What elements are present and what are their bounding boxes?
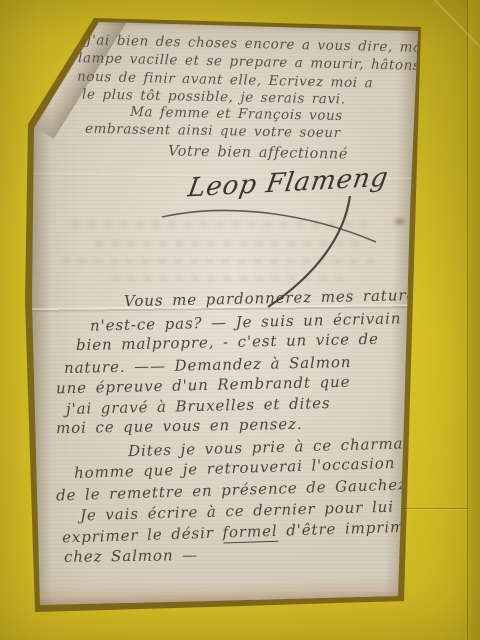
- showthrough-smudge: [96, 241, 364, 245]
- letter-line: chez Salmon —: [64, 546, 198, 566]
- signature: Leop Flameng: [186, 163, 391, 204]
- showthrough-smudge: [72, 222, 372, 226]
- ink-stain: [392, 216, 407, 227]
- letter-closing-line: Votre bien affectionné: [168, 143, 348, 162]
- photograph-of-letter: J'ai bien des choses encore a vous dire,…: [0, 0, 480, 640]
- underlined-word: formel: [222, 522, 278, 544]
- letter-line: Ma femme et François vous: [130, 104, 343, 124]
- backing-sheet-edge: [467, 0, 480, 640]
- showthrough-smudge: [62, 259, 380, 263]
- letter-line: moi ce que vous en pensez.: [56, 415, 303, 437]
- letter-line: embrassent ainsi que votre soeur: [85, 121, 341, 141]
- backing-crease-horizontal: [396, 508, 468, 511]
- letter-line-text: exprimer le désir: [62, 524, 223, 547]
- showthrough-smudge: [112, 277, 348, 281]
